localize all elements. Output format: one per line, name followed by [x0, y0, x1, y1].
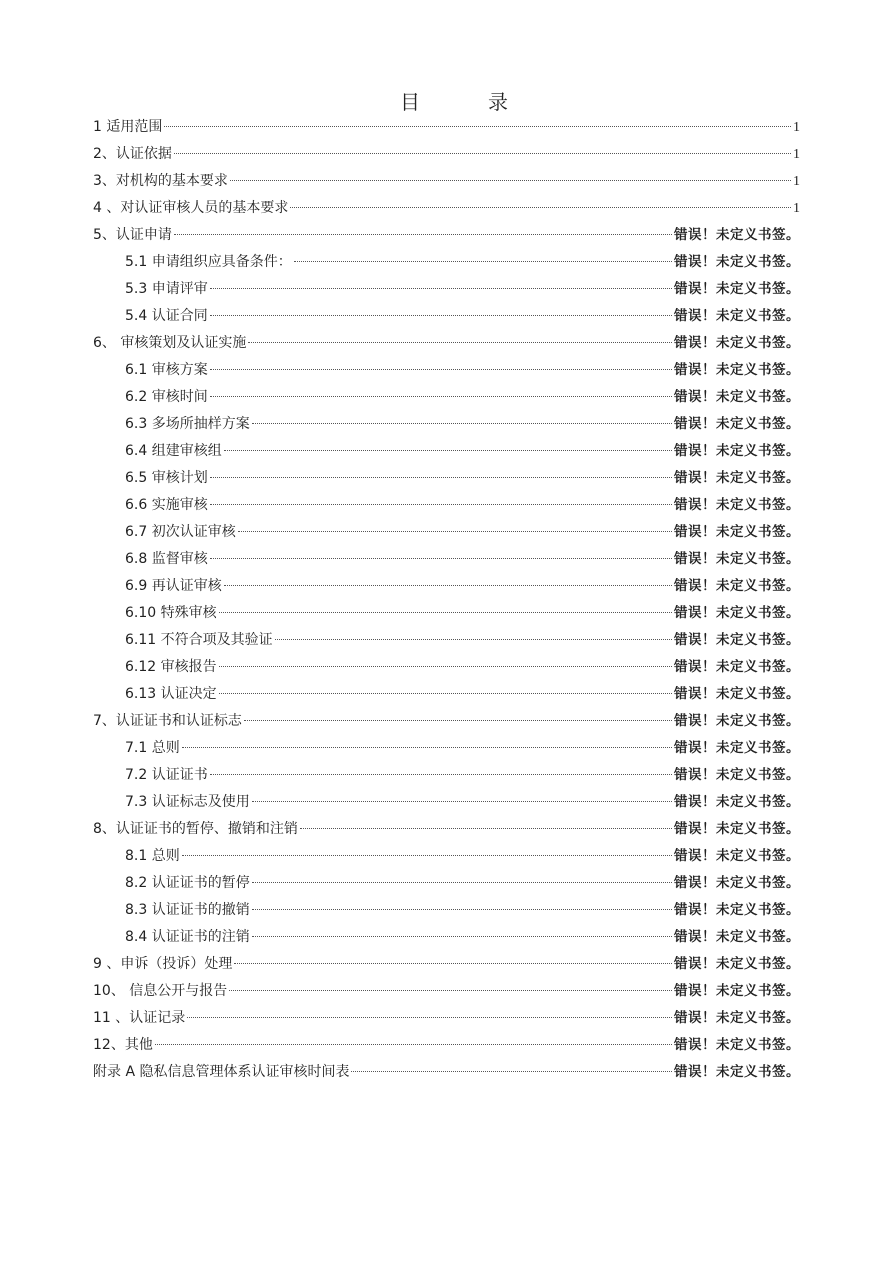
toc-entry-label[interactable]: 6.1 审核方案: [125, 357, 208, 384]
toc-entry[interactable]: 6.6 实施审核 错误！未定义书签。: [93, 492, 800, 519]
toc-entry[interactable]: 6.1 审核方案 错误！未定义书签。: [93, 357, 800, 384]
toc-entry-label[interactable]: 5.3 申请评审: [125, 276, 208, 303]
toc-entry-label[interactable]: 8.3 认证证书的撤销: [125, 897, 250, 924]
dot-leader: [252, 909, 672, 910]
toc-entry-page: 错误！未定义书签。: [674, 1059, 800, 1086]
dot-leader: [219, 666, 672, 667]
toc-entry-page: 错误！未定义书签。: [674, 600, 800, 627]
toc-entry-label[interactable]: 附录 A 隐私信息管理体系认证审核时间表: [93, 1059, 349, 1086]
toc-entry-label[interactable]: 6.4 组建审核组: [125, 438, 222, 465]
toc-entry-page: 错误！未定义书签。: [674, 492, 800, 519]
toc-entry-page: 错误！未定义书签。: [674, 1005, 800, 1032]
toc-entry-page: 错误！未定义书签。: [674, 789, 800, 816]
toc-entry[interactable]: 7、认证证书和认证标志 错误！未定义书签。: [93, 708, 800, 735]
toc-entry-label[interactable]: 5、认证申请: [93, 222, 172, 249]
toc-entry-label[interactable]: 7、认证证书和认证标志: [93, 708, 242, 735]
toc-entry-page: 错误！未定义书签。: [674, 357, 800, 384]
toc-entry-page: 错误！未定义书签。: [674, 465, 800, 492]
toc-entry-page: 错误！未定义书签。: [674, 870, 800, 897]
toc-entry[interactable]: 5.1 申请组织应具备条件： 错误！未定义书签。: [93, 249, 800, 276]
toc-entry[interactable]: 5.4 认证合同 错误！未定义书签。: [93, 303, 800, 330]
toc-entry[interactable]: 8.3 认证证书的撤销 错误！未定义书签。: [93, 897, 800, 924]
toc-entry[interactable]: 10、 信息公开与报告 错误！未定义书签。: [93, 978, 800, 1005]
dot-leader: [174, 153, 791, 154]
toc-entry-page: 错误！未定义书签。: [674, 816, 800, 843]
toc-entry[interactable]: 6.13 认证决定 错误！未定义书签。: [93, 681, 800, 708]
toc-entry[interactable]: 6.3 多场所抽样方案 错误！未定义书签。: [93, 411, 800, 438]
toc-entry-label[interactable]: 6.9 再认证审核: [125, 573, 222, 600]
dot-leader: [248, 342, 672, 343]
dot-leader: [210, 558, 672, 559]
toc-entry[interactable]: 6.5 审核计划 错误！未定义书签。: [93, 465, 800, 492]
toc-entry[interactable]: 6.11 不符合项及其验证 错误！未定义书签。: [93, 627, 800, 654]
toc-entry-page: 错误！未定义书签。: [674, 573, 800, 600]
toc-entry[interactable]: 4 、对认证审核人员的基本要求 1: [93, 195, 800, 222]
toc-entry[interactable]: 6、 审核策划及认证实施 错误！未定义书签。: [93, 330, 800, 357]
toc-entry-page: 错误！未定义书签。: [674, 438, 800, 465]
dot-leader: [219, 693, 672, 694]
toc-entry-page: 1: [793, 141, 800, 168]
toc-entry[interactable]: 9 、申诉（投诉）处理 错误！未定义书签。: [93, 951, 800, 978]
toc-entry-page: 错误！未定义书签。: [674, 978, 800, 1005]
toc-entry-label[interactable]: 6.3 多场所抽样方案: [125, 411, 250, 438]
toc-entry-page: 错误！未定义书签。: [674, 843, 800, 870]
toc-entry-label[interactable]: 7.2 认证证书: [125, 762, 208, 789]
dot-leader: [210, 774, 672, 775]
toc-entry-page: 1: [793, 114, 800, 141]
dot-leader: [210, 396, 672, 397]
dot-leader: [244, 720, 672, 721]
toc-entry-page: 错误！未定义书签。: [674, 735, 800, 762]
toc-entry-label[interactable]: 6.13 认证决定: [125, 681, 217, 708]
dot-leader: [164, 126, 791, 127]
toc-entry[interactable]: 6.10 特殊审核 错误！未定义书签。: [93, 600, 800, 627]
dot-leader: [210, 315, 672, 316]
toc-entry-page: 错误！未定义书签。: [674, 384, 800, 411]
toc-entry-page: 错误！未定义书签。: [674, 654, 800, 681]
dot-leader: [252, 882, 672, 883]
dot-leader: [230, 180, 791, 181]
toc-entry[interactable]: 12、其他 错误！未定义书签。: [93, 1032, 800, 1059]
toc-entry[interactable]: 8.2 认证证书的暂停 错误！未定义书签。: [93, 870, 800, 897]
toc-entry[interactable]: 6.4 组建审核组 错误！未定义书签。: [93, 438, 800, 465]
toc-entry[interactable]: 1 适用范围 1: [93, 114, 800, 141]
toc-title: 目 录: [0, 86, 892, 115]
toc-entry-label[interactable]: 8.4 认证证书的注销: [125, 924, 250, 951]
toc-entry-page: 错误！未定义书签。: [674, 951, 800, 978]
dot-leader: [210, 288, 672, 289]
toc-entry-page: 错误！未定义书签。: [674, 681, 800, 708]
toc-entry-label[interactable]: 5.4 认证合同: [125, 303, 208, 330]
toc-entry-page: 错误！未定义书签。: [674, 1032, 800, 1059]
toc-entry-label[interactable]: 12、其他: [93, 1032, 153, 1059]
dot-leader: [224, 450, 672, 451]
toc-entry-label[interactable]: 8.1 总则: [125, 843, 180, 870]
toc-entry-page: 错误！未定义书签。: [674, 249, 800, 276]
dot-leader: [252, 423, 672, 424]
dot-leader: [182, 747, 672, 748]
toc-entry[interactable]: 7.2 认证证书 错误！未定义书签。: [93, 762, 800, 789]
toc-entry-label[interactable]: 9 、申诉（投诉）处理: [93, 951, 232, 978]
toc-entry-page: 错误！未定义书签。: [674, 762, 800, 789]
toc-entry[interactable]: 7.3 认证标志及使用 错误！未定义书签。: [93, 789, 800, 816]
toc-entry-label[interactable]: 8.2 认证证书的暂停: [125, 870, 250, 897]
toc-entry-label[interactable]: 11 、认证记录: [93, 1005, 185, 1032]
table-of-contents: 1 适用范围 1 2、认证依据 1 3、对机构的基本要求 1 4 、对认证审核人…: [93, 114, 800, 1086]
toc-entry-page: 错误！未定义书签。: [674, 222, 800, 249]
dot-leader: [294, 261, 672, 262]
toc-entry-page: 错误！未定义书签。: [674, 708, 800, 735]
toc-entry-label[interactable]: 6.5 审核计划: [125, 465, 208, 492]
dot-leader: [252, 801, 672, 802]
toc-entry-label[interactable]: 6.11 不符合项及其验证: [125, 627, 273, 654]
toc-entry-label[interactable]: 4 、对认证审核人员的基本要求: [93, 195, 288, 222]
toc-entry-label[interactable]: 6.8 监督审核: [125, 546, 208, 573]
toc-entry-label[interactable]: 6、 审核策划及认证实施: [93, 330, 246, 357]
toc-entry[interactable]: 2、认证依据 1: [93, 141, 800, 168]
toc-entry-label[interactable]: 6.6 实施审核: [125, 492, 208, 519]
toc-entry-page: 错误！未定义书签。: [674, 627, 800, 654]
dot-leader: [290, 207, 791, 208]
dot-leader: [252, 936, 672, 937]
toc-entry-label[interactable]: 5.1 申请组织应具备条件：: [125, 249, 292, 276]
toc-entry-page: 错误！未定义书签。: [674, 303, 800, 330]
dot-leader: [219, 612, 672, 613]
dot-leader: [234, 963, 672, 964]
toc-entry-label[interactable]: 1 适用范围: [93, 114, 162, 141]
toc-entry-label[interactable]: 7.1 总则: [125, 735, 180, 762]
dot-leader: [210, 504, 672, 505]
toc-entry-label[interactable]: 6.12 审核报告: [125, 654, 217, 681]
toc-entry[interactable]: 7.1 总则 错误！未定义书签。: [93, 735, 800, 762]
toc-entry[interactable]: 6.9 再认证审核 错误！未定义书签。: [93, 573, 800, 600]
toc-entry[interactable]: 8.1 总则 错误！未定义书签。: [93, 843, 800, 870]
dot-leader: [229, 990, 672, 991]
toc-entry-page: 错误！未定义书签。: [674, 276, 800, 303]
toc-entry[interactable]: 5.3 申请评审 错误！未定义书签。: [93, 276, 800, 303]
toc-entry-page: 错误！未定义书签。: [674, 330, 800, 357]
toc-entry-label[interactable]: 3、对机构的基本要求: [93, 168, 228, 195]
dot-leader: [174, 234, 672, 235]
dot-leader: [182, 855, 672, 856]
toc-entry-label[interactable]: 8、认证证书的暂停、撤销和注销: [93, 816, 298, 843]
toc-entry-page: 1: [793, 168, 800, 195]
dot-leader: [351, 1071, 672, 1072]
toc-entry-page: 错误！未定义书签。: [674, 546, 800, 573]
dot-leader: [224, 585, 672, 586]
dot-leader: [300, 828, 672, 829]
toc-entry-label[interactable]: 6.2 审核时间: [125, 384, 208, 411]
dot-leader: [155, 1044, 672, 1045]
toc-entry[interactable]: 6.12 审核报告 错误！未定义书签。: [93, 654, 800, 681]
dot-leader: [210, 369, 672, 370]
toc-entry-label[interactable]: 6.7 初次认证审核: [125, 519, 236, 546]
dot-leader: [275, 639, 672, 640]
toc-entry-label[interactable]: 7.3 认证标志及使用: [125, 789, 250, 816]
toc-entry-page: 错误！未定义书签。: [674, 411, 800, 438]
toc-entry-page: 错误！未定义书签。: [674, 519, 800, 546]
toc-entry-label[interactable]: 10、 信息公开与报告: [93, 978, 227, 1005]
toc-entry[interactable]: 5、认证申请 错误！未定义书签。: [93, 222, 800, 249]
toc-entry-page: 错误！未定义书签。: [674, 924, 800, 951]
dot-leader: [187, 1017, 672, 1018]
toc-entry[interactable]: 8、认证证书的暂停、撤销和注销 错误！未定义书签。: [93, 816, 800, 843]
toc-entry-label[interactable]: 2、认证依据: [93, 141, 172, 168]
dot-leader: [210, 477, 672, 478]
toc-entry[interactable]: 6.8 监督审核 错误！未定义书签。: [93, 546, 800, 573]
toc-entry[interactable]: 3、对机构的基本要求 1: [93, 168, 800, 195]
toc-entry[interactable]: 附录 A 隐私信息管理体系认证审核时间表 错误！未定义书签。: [93, 1059, 800, 1086]
toc-entry[interactable]: 6.7 初次认证审核 错误！未定义书签。: [93, 519, 800, 546]
toc-entry[interactable]: 6.2 审核时间 错误！未定义书签。: [93, 384, 800, 411]
dot-leader: [238, 531, 672, 532]
toc-entry-page: 错误！未定义书签。: [674, 897, 800, 924]
toc-entry-label[interactable]: 6.10 特殊审核: [125, 600, 217, 627]
toc-entry[interactable]: 8.4 认证证书的注销 错误！未定义书签。: [93, 924, 800, 951]
toc-entry[interactable]: 11 、认证记录 错误！未定义书签。: [93, 1005, 800, 1032]
toc-entry-page: 1: [793, 195, 800, 222]
